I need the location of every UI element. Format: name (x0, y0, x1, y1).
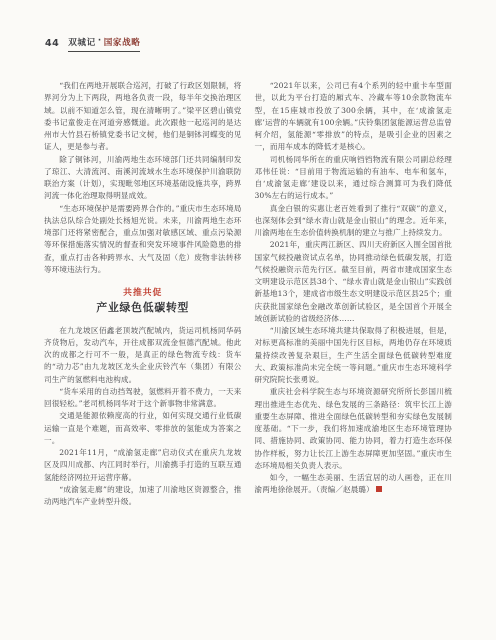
section-title-part1: 双城记 (68, 36, 96, 48)
page-number: 44 (45, 38, 59, 52)
body-paragraph: 除了铜钵河，川渝两地生态环境部门还共同编制印发了琼江、大清流河、南溪河流域水生态… (44, 154, 242, 203)
body-paragraph: “川渝区域生态环境共建共保取得了积极进展，但是，对标更高标准的美丽中国先行区目标… (255, 325, 453, 386)
body-paragraph: “2021年以来，公司已有4个系列的轻中重卡车型面世，以此为平台打造的厢式车、冷… (255, 80, 453, 154)
body-paragraph: 2021年，重庆两江新区、四川天府新区入围全国首批国家气候投融资试点名单，协同推… (255, 239, 453, 325)
body-paragraph: 在九龙坡区佰鑫老顶坡汽配城内，货运司机杨同华码齐货物后，发动汽车，开往成都双流金… (44, 325, 242, 386)
body-paragraph: “成渝氢走廊”的建设，加速了川渝地区资源整合，推动两地汽车产业转型升级。 (44, 484, 242, 509)
section-title: 双城记 · 国家战略 (68, 36, 140, 52)
closing-text: 如今，一幅生态美丽、生活宜居的动人画卷，正在川渝两地徐徐展开。（责编／赵晨璐） (255, 473, 453, 494)
section-title-part2: 国家战略 (104, 36, 141, 48)
body-paragraph: 交通是能源依赖度高的行业，如何实现交通行业低碳运输一直是个难题，而高效率、零排放… (44, 410, 242, 447)
section-title-separator: · (98, 36, 102, 48)
subheading: 共推共促 产业绿色低碳转型 (44, 287, 242, 315)
page-header: 44 双城记 · 国家战略 (45, 36, 140, 52)
article-end-icon (376, 486, 382, 492)
article-body: “我们在两地开展联合巡河，打破了行政区划限制，将界河分为上下两段，两地各负责一段… (44, 80, 452, 596)
body-paragraph: “我们在两地开展联合巡河，打破了行政区划限制，将界河分为上下两段，两地各负责一段… (44, 80, 242, 154)
body-paragraph: “货车采用的自动挡驾驶，氢燃料开着不费力，一天来回很轻松。”老司机杨同华对于这个… (44, 386, 242, 411)
body-paragraph: 真金白银的实惠让老百姓看到了推行“双碳”的意义，也深刻体会到“绿水青山就是金山银… (255, 203, 453, 240)
subheading-kicker: 共推共促 (44, 287, 242, 299)
body-paragraph: 重庆社会科学院生态与环境资源研究所所长彭国川梳理出推进生态优先、绿色发展的三条路… (255, 386, 453, 472)
body-paragraph: 司机杨同华所在的重庆响铛铛物流有限公司副总经理邓伟任说：“目前用于物流运输的有油… (255, 154, 453, 203)
body-paragraph: “生态环境保护是需要跨界合作的。”重庆市生态环境局执法总队综合处副处长杨旭光说。… (44, 203, 242, 277)
subheading-title: 产业绿色低碳转型 (44, 302, 242, 314)
right-column: “2021年以来，公司已有4个系列的轻中重卡车型面世，以此为平台打造的厢式车、冷… (255, 80, 453, 596)
left-column: “我们在两地开展联合巡河，打破了行政区划限制，将界河分为上下两段，两地各负责一段… (44, 80, 242, 596)
body-paragraph: 2021年11月，“成渝氢走廊”启动仪式在重庆九龙坡区及四川成都、内江同时举行，… (44, 447, 242, 484)
closing-paragraph: 如今，一幅生态美丽、生活宜居的动人画卷，正在川渝两地徐徐展开。（责编／赵晨璐） (255, 472, 453, 497)
